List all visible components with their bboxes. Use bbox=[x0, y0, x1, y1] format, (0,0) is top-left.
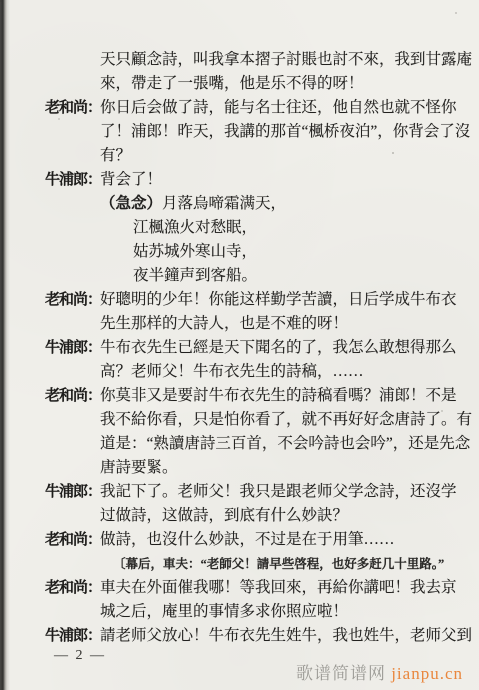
dialogue-text: 我不給你看，只是怕你看了，就不再好好念唐詩了。有 bbox=[100, 411, 472, 428]
stage-cue: （急念） bbox=[100, 195, 162, 212]
dialogue-continuation: 过做詩，这做詩，到底有什么妙訣？ bbox=[100, 504, 479, 528]
speaker-label: 老和尚： bbox=[45, 288, 100, 312]
speaker-label: 老和尚： bbox=[45, 384, 100, 408]
dialogue-text: 車夫在外面催我哪！等我回來，再給你講吧！我去京 bbox=[100, 579, 457, 596]
scan-noise-specks bbox=[0, 0, 2, 2]
poem-line: 姑苏城外寒山寺， bbox=[133, 240, 479, 264]
dialogue-text: 有？ bbox=[100, 147, 131, 164]
watermark-site-name: 歌谱简谱网 bbox=[296, 664, 391, 683]
poem-text: 江楓漁火对愁眠， bbox=[133, 219, 257, 236]
dialogue-continuation: 城之后，庵里的事情多求你照应啦！ bbox=[100, 600, 479, 624]
dialogue-text: 做詩，也沒什么妙訣，不过是在于用筆…… bbox=[100, 531, 395, 548]
dialogue-text: 來，帶走了一張嘴，他是乐不得的呀！ bbox=[100, 75, 364, 92]
speaker-line: 牛浦郎：請老师父放心！牛布衣先生姓牛，我也姓牛，老师父到 bbox=[45, 624, 479, 648]
script-text-block: 天只顧念詩，叫我拿本摺子討賬也討不來，我到甘露庵、 來，帶走了一張嘴，他是乐不得… bbox=[0, 48, 479, 648]
speaker-line: 老和尚：車夫在外面催我哪！等我回來，再給你講吧！我去京 bbox=[45, 576, 479, 600]
dialogue-text: 了！浦郎！昨天，我講的那首“楓桥夜泊”，你背会了沒 bbox=[100, 123, 470, 140]
speaker-label: 牛浦郎： bbox=[45, 336, 100, 360]
dialogue-continuation: 天只顧念詩，叫我拿本摺子討賬也討不來，我到甘露庵、 bbox=[100, 48, 479, 72]
scanned-script-page: 天只顧念詩，叫我拿本摺子討賬也討不來，我到甘露庵、 來，帶走了一張嘴，他是乐不得… bbox=[0, 0, 479, 690]
speaker-label: 牛浦郎： bbox=[45, 168, 100, 192]
dialogue-text: 背会了！ bbox=[100, 171, 162, 188]
dialogue-text: 先生那样的大詩人，也是不难的呀！ bbox=[100, 315, 348, 332]
speaker-label: 老和尚： bbox=[45, 576, 100, 600]
dialogue-text: 过做詩，这做詩，到底有什么妙訣？ bbox=[100, 507, 348, 524]
dialogue-continuation: 來，帶走了一張嘴，他是乐不得的呀！ bbox=[100, 72, 479, 96]
dialogue-text: 請老师父放心！牛布衣先生姓牛，我也姓牛，老师父到 bbox=[100, 627, 472, 644]
speaker-line: 老和尚：你日后会做了詩，能与名士往还，他自然也就不怪你 bbox=[45, 96, 479, 120]
dialogue-continuation: 高？老师父！牛布衣先生的詩稿，…… bbox=[100, 360, 479, 384]
speaker-line: 老和尚：做詩，也沒什么妙訣，不过是在于用筆…… bbox=[45, 528, 479, 552]
dialogue-continuation: 了！浦郎！昨天，我講的那首“楓桥夜泊”，你背会了沒 bbox=[100, 120, 479, 144]
dialogue-continuation: 有？ bbox=[100, 144, 479, 168]
speaker-line: 老和尚：好聰明的少年！你能这样勤学苦讀，日后学成牛布衣、 bbox=[45, 288, 479, 312]
dialogue-text: 天只顧念詩，叫我拿本摺子討賬也討不來，我到甘露庵 bbox=[100, 51, 472, 68]
dialogue-text: 牛布衣先生已經是天下聞名的了，我怎么敢想得那么 bbox=[100, 339, 457, 356]
stage-direction: 〔幕后，車夫：“老師父！請早些啓程，也好多赶几十里路。” bbox=[113, 552, 479, 576]
speaker-line: 牛浦郎：我記下了。老师父！我只是跟老师父学念詩，还沒学 bbox=[45, 480, 479, 504]
watermark-domain: jianpu.cn bbox=[391, 664, 463, 683]
speaker-label: 牛浦郎： bbox=[45, 480, 100, 504]
dialogue-text: 道是：“熟讀唐詩三百首，不会吟詩也会吟”，还是先念 bbox=[100, 435, 470, 452]
page-number: — 2 — bbox=[54, 648, 106, 664]
speaker-label: 牛浦郎： bbox=[45, 624, 100, 648]
dialogue-text: 你日后会做了詩，能与名士往还，他自然也就不怪你 bbox=[100, 99, 457, 116]
stage-direction-text: 〔幕后，車夫：“老師父！請早些啓程，也好多赶几十里路。” bbox=[113, 557, 444, 571]
dialogue-continuation: 先生那样的大詩人，也是不难的呀！ bbox=[100, 312, 479, 336]
poem-text: 月落烏啼霜满天， bbox=[162, 195, 286, 212]
poem-line: 江楓漁火对愁眠， bbox=[133, 216, 479, 240]
poem-line: 夜半鐘声到客船。 bbox=[133, 264, 479, 288]
poem-line-first: （急念）月落烏啼霜满天， bbox=[100, 192, 479, 216]
poem-text: 姑苏城外寒山寺， bbox=[133, 243, 257, 260]
speaker-label: 老和尚： bbox=[45, 528, 100, 552]
poem-text: 夜半鐘声到客船。 bbox=[133, 267, 257, 284]
speaker-line: 牛浦郎：背会了！ bbox=[45, 168, 479, 192]
dialogue-text: 城之后，庵里的事情多求你照应啦！ bbox=[100, 603, 348, 620]
dialogue-text: 我記下了。老师父！我只是跟老师父学念詩，还沒学 bbox=[100, 483, 457, 500]
dialogue-text: 唐詩要緊。 bbox=[100, 459, 178, 476]
dialogue-continuation: 道是：“熟讀唐詩三百首，不会吟詩也会吟”，还是先念 bbox=[100, 432, 479, 456]
dialogue-text: 你莫非又是要討牛布衣先生的詩稿看嗎？浦郎！不是 bbox=[100, 387, 457, 404]
dialogue-continuation: 唐詩要緊。 bbox=[100, 456, 479, 480]
watermark: 歌谱简谱网 jianpu.cn bbox=[296, 659, 463, 684]
dialogue-continuation: 我不給你看，只是怕你看了，就不再好好念唐詩了。有 bbox=[100, 408, 479, 432]
dialogue-text: 高？老师父！牛布衣先生的詩稿，…… bbox=[100, 363, 364, 380]
dialogue-text: 好聰明的少年！你能这样勤学苦讀，日后学成牛布衣 bbox=[100, 291, 457, 308]
speaker-line: 老和尚：你莫非又是要討牛布衣先生的詩稿看嗎？浦郎！不是 bbox=[45, 384, 479, 408]
speaker-label: 老和尚： bbox=[45, 96, 100, 120]
speaker-line: 牛浦郎：牛布衣先生已經是天下聞名的了，我怎么敢想得那么 bbox=[45, 336, 479, 360]
